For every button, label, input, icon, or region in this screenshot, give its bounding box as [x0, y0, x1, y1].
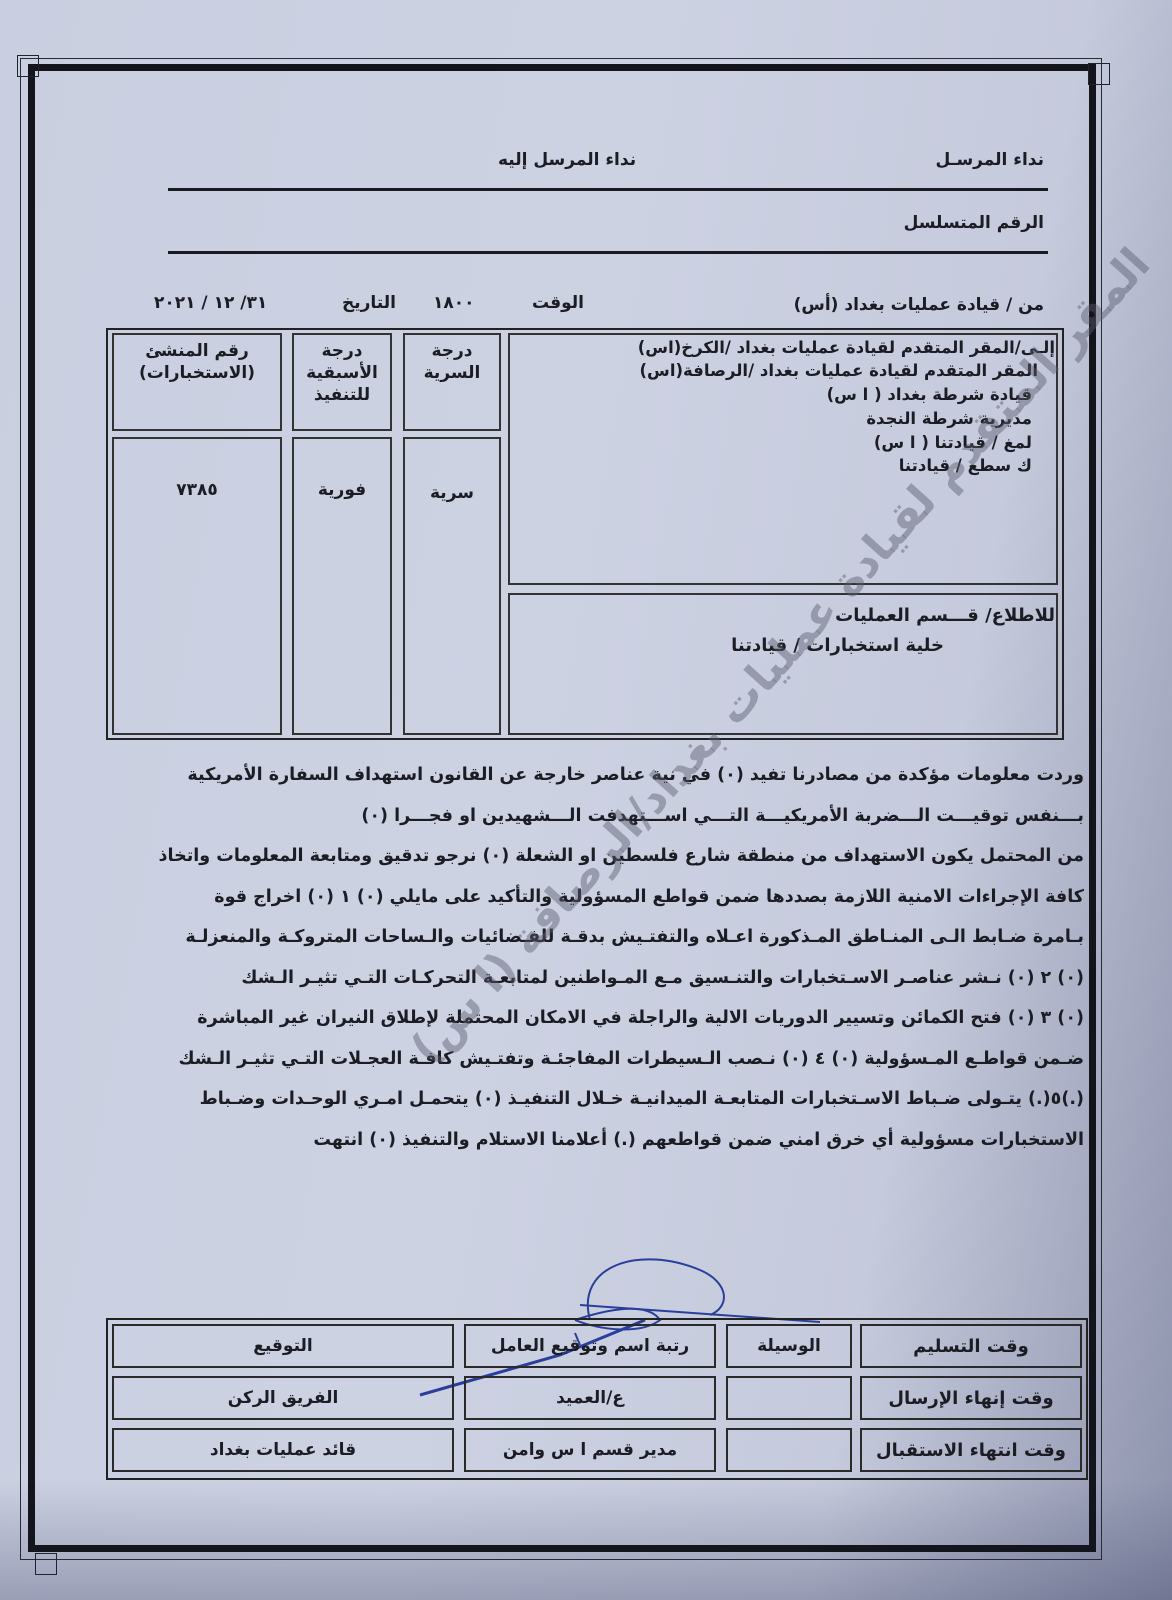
to-line: لمغ / قيادتنا ( ا س)	[874, 433, 1032, 452]
info-line: للاطلاع/ قـــسم العمليات	[835, 605, 1055, 626]
to-line: ك سطع / قيادتنا	[899, 456, 1032, 475]
to-line: مديرية شرطة النجدة	[866, 409, 1032, 428]
receive-medium-value	[726, 1428, 852, 1472]
origin-number-header: رقم المنشئ (الاستخبارات)	[112, 340, 282, 384]
time-label: الوقت	[532, 293, 584, 313]
body-line: (.)٥(.) يتـولى ضـباط الاسـتخبارات المتاب…	[108, 1079, 1084, 1120]
body-line: كافة الإجراءات الامنية اللازمة بصددها ضم…	[108, 877, 1084, 918]
to-line: المقر المتقدم لقيادة عمليات بغداد /الرصا…	[640, 361, 1038, 380]
frame-corner-ornament	[17, 55, 39, 77]
operator-header: رتبة اسم وتوقيع العامل	[464, 1324, 716, 1368]
message-body: وردت معلومات مؤكدة من مصادرنا تفيد (٠) ف…	[108, 755, 1084, 1160]
body-line: بـامرة ضـابط الـى المنـاطق المـذكورة اعـ…	[108, 917, 1084, 958]
body-line: (٠) ٢ (٠) نـشر عناصـر الاسـتخبارات والتن…	[108, 958, 1084, 999]
to-line: إلـى/المقر المتقدم لقيادة عمليات بغداد /…	[638, 338, 1055, 357]
signatory-title: قائد عمليات بغداد	[112, 1428, 454, 1472]
confidentiality-value: سرية	[403, 482, 501, 504]
recipient-call-label: نداء المرسل إليه	[498, 150, 636, 170]
body-line: بـــنفس توقيـــت الـــضربة الأمريكيـــة …	[108, 796, 1084, 837]
date-value: ٣١/ ١٢ / ٢٠٢١	[154, 293, 267, 313]
medium-header: الوسيلة	[726, 1324, 852, 1368]
send-end-time-label: وقت إنهاء الإرسال	[860, 1376, 1082, 1420]
origin-number-value: ٧٣٨٥	[112, 479, 282, 501]
date-label: التاريخ	[342, 293, 396, 313]
body-line: (٠) ٣ (٠) فتح الكمائن وتسيير الدوريات ال…	[108, 998, 1084, 1039]
signature-header: التوقيع	[112, 1324, 454, 1368]
receive-operator-value: مدير قسم ا س وامن	[464, 1428, 716, 1472]
send-medium-value	[726, 1376, 852, 1420]
confidentiality-header: درجة السرية	[408, 340, 496, 384]
frame-corner-ornament	[1088, 63, 1110, 85]
time-value: ١٨٠٠	[433, 293, 475, 313]
signatory-rank: الفريق الركن	[112, 1376, 454, 1420]
priority-value: فورية	[292, 479, 392, 501]
body-line: من المحتمل يكون الاستهداف من منطقة شارع …	[108, 836, 1084, 877]
info-line: خلية استخبارات / قيادتنا	[731, 635, 944, 656]
from-field: من / قيادة عمليات بغداد (أس)	[794, 295, 1044, 315]
body-line: ضـمن قواطـع المـسؤولية (٠) ٤ (٠) نـصب ال…	[108, 1039, 1084, 1080]
body-line: وردت معلومات مؤكدة من مصادرنا تفيد (٠) ف…	[108, 755, 1084, 796]
receive-end-time-label: وقت انتهاء الاستقبال	[860, 1428, 1082, 1472]
body-line: الاستخبارات مسؤولية أي خرق امني ضمن قواط…	[108, 1120, 1084, 1161]
signature-table: وقت التسليم الوسيلة رتبة اسم وتوقيع العا…	[106, 1318, 1088, 1480]
to-line: قيادة شرطة بغداد ( ا س)	[827, 385, 1032, 404]
priority-header: درجة الأسبقية للتنفيذ	[292, 340, 392, 406]
frame-corner-ornament	[35, 1553, 57, 1575]
sender-call-label: نداء المرسـل	[935, 150, 1044, 170]
divider	[168, 188, 1048, 191]
send-operator-value: ع/العميد	[464, 1376, 716, 1420]
serial-number-label: الرقم المتسلسل	[904, 213, 1044, 233]
delivery-time-label: وقت التسليم	[860, 1324, 1082, 1368]
divider	[168, 251, 1048, 254]
